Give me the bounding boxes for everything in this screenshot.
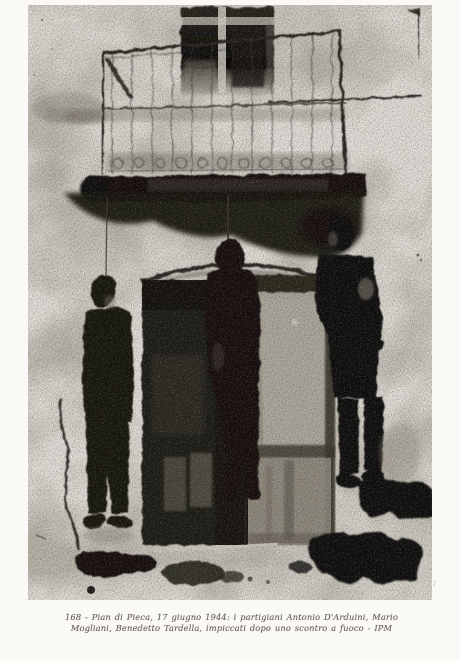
photo-caption: 168 - Pian di Pieca, 17 giugno 1944: i p… — [44, 612, 419, 634]
photo-corner-number: 211 — [421, 579, 438, 588]
book-page: 211 168 - Pian di Pieca, 17 giugno 1944:… — [0, 0, 460, 661]
photograph: 211 — [28, 5, 432, 600]
caption-line-2: Mogliani, Benedetto Tardella, impiccati … — [44, 623, 419, 634]
film-grain — [28, 5, 432, 600]
caption-line-1: 168 - Pian di Pieca, 17 giugno 1944: i p… — [44, 612, 419, 623]
photograph-art — [28, 5, 432, 600]
